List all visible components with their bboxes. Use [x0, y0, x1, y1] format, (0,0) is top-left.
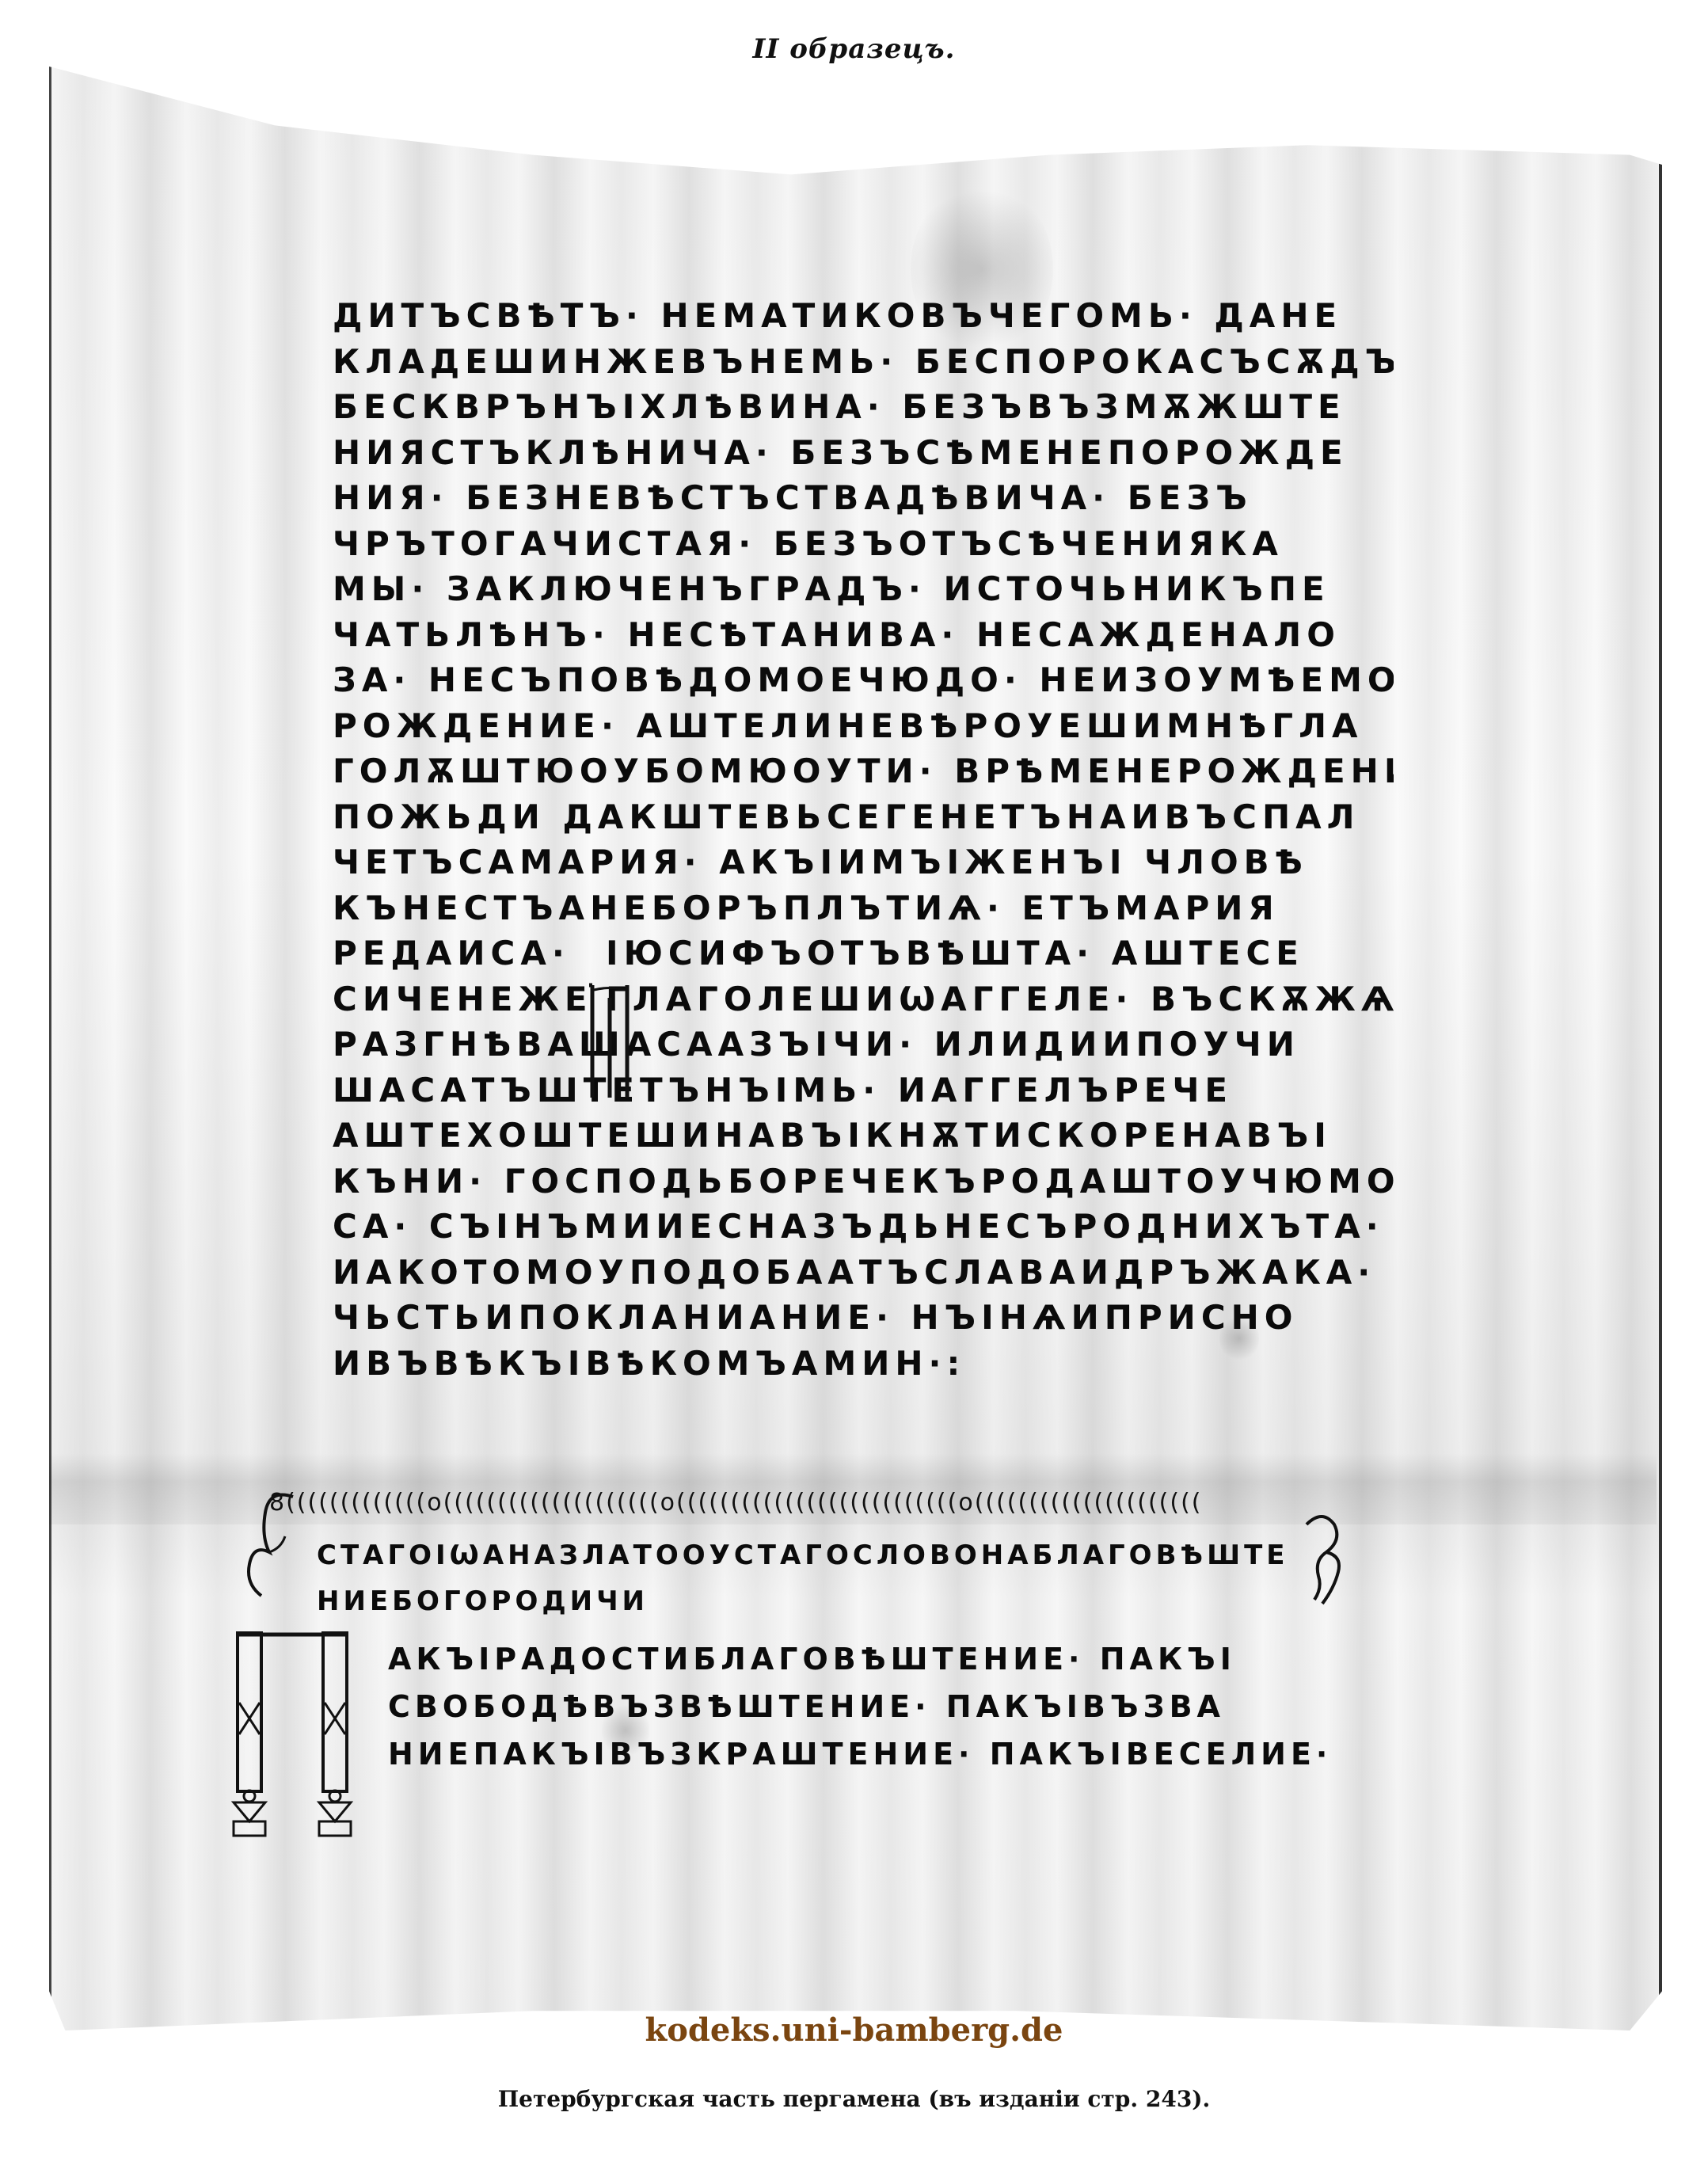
flourish-left-icon	[245, 1489, 309, 1600]
manuscript-line: КЪНИ· ГОСПОДЬБОРЕЧЕКЪРОДАШТОУЧЮМОУ	[333, 1159, 1394, 1205]
manuscript-line: МЫ· ЗАКЛЮЧЕНЪГРАДЪ· ИСТОЧЬНИКЪПЕ	[333, 566, 1394, 612]
manuscript-line: ЧАТЬЛѢНЪ· НЕСѢТАНИВА· НЕСАЖДЕНАЛО	[333, 612, 1394, 658]
manuscript-line: ШАСАТЪШТЕТЪНЪІМЬ· ИАГГЕЛЪРЕЧЕ	[333, 1068, 1394, 1113]
section-body-line: АКЪІРАДОСТИБЛАГОВѢШТЕНИЕ· ПАКЪІ	[388, 1635, 1417, 1683]
manuscript-line: АШТЕХОШТЕШИНАВЪІКНѪТИСКОРЕНАВЪІ	[333, 1113, 1394, 1159]
page-caption: Петербургская часть пергамена (въ издані…	[0, 2086, 1708, 2112]
section-heading-line: СТАГОІѠАНАЗЛАТООУСТАГОСЛОВОНАБЛАГОВѢШТЕ	[317, 1532, 1346, 1578]
manuscript-line: КЪНЕСТЪАНЕБОРЪПЛЪТИѦ· ЕТЪМАРИЯ	[333, 885, 1394, 931]
manuscript-line: РЕДАИСА· ІЮСИФЪОТЪВѢШТА· АШТЕСЕ	[333, 931, 1394, 976]
manuscript-line: БЕСКВРЪНЪІХЛѢВИНА· БЕЗЪВЪЗМѪЖШТЕ	[333, 384, 1394, 430]
manuscript-line-start: СИЧЕНЕЖЕ	[333, 980, 593, 1018]
manuscript-line: НИЯСТЪКЛѢНИЧА· БЕЗЪСѢМЕНЕПОРОЖДЕ	[333, 430, 1394, 476]
manuscript-line: ПОЖЬДИ ДАКШТЕВЬСЕГЕНЕТЪНАИВЪСПАЛ	[333, 794, 1394, 840]
manuscript-line: ЧЬСТЬИПОКЛАНИАНИЕ· НЪІНѦИПРИСНО	[333, 1295, 1394, 1341]
manuscript-line: ИВЪВѢКЪІВѢКОМЪАМИН·:	[333, 1341, 1394, 1387]
pillar-initial-p-icon	[230, 1631, 388, 1837]
manuscript-line: ГОЛѪШТЮОУБОМЮОУТИ· ВРѢМЕНЕРОЖДЕНИЮ	[333, 748, 1394, 794]
section-heading: СТАГОІѠАНАЗЛАТООУСТАГОСЛОВОНАБЛАГОВѢШТЕ …	[317, 1532, 1346, 1624]
manuscript-line: РАЗГНѢВАШАСААЗЪІЧИ· ИЛИДИИПОУЧИ	[333, 1022, 1394, 1068]
manuscript-line-start: РЕДАИСА·	[333, 934, 570, 972]
manuscript-line: ЗА· НЕСЪПОВѢДОМОЕЧЮДО· НЕИЗОУМѢЕМО	[333, 657, 1394, 703]
ornament-band: 8(((((((((((((o((((((((((((((((((((o((((…	[269, 1489, 1330, 1520]
watermark-link[interactable]: kodeks.uni-bamberg.de	[0, 2011, 1708, 2049]
manuscript-line: ИАКОТОМОУПОДОБААТЪСЛАВАИДРЪЖАКА·	[333, 1250, 1394, 1296]
manuscript-line: НИЯ· БЕЗНЕВѢСТЪСТВАДѢВИЧА· БЕЗЪ	[333, 475, 1394, 521]
manuscript-line: ДИТЪСВѢТЪ· НЕМАТИКОВЪЧЕГОМЬ· ДАНЕ	[333, 293, 1394, 339]
section-body-line: СВОБОДѢВЪЗВѢШТЕНИЕ· ПАКЪІВЪЗВА	[388, 1683, 1417, 1730]
section-body-line: НИЕПАКЪІВЪЗКРАШТЕНИЕ· ПАКЪІВЕСЕЛИЕ·	[388, 1730, 1417, 1778]
manuscript-line-continuation: ІЮСИФЪОТЪВѢШТА· АШТЕСЕ	[606, 931, 1304, 976]
manuscript-line: ЧРЪТОГАЧИСТАЯ· БЕЗЪОТЪСѢЧЕНИЯКА	[333, 521, 1394, 567]
manuscript-line: СА· СЪІНЪМИИЕСНАЗЪДЬНЕСЪРОДНИХЪТА·	[333, 1204, 1394, 1250]
page-header-title: II образецъ.	[0, 33, 1708, 65]
section-body: АКЪІРАДОСТИБЛАГОВѢШТЕНИЕ· ПАКЪІ СВОБОДѢВ…	[388, 1635, 1417, 1778]
manuscript-line: СИЧЕНЕЖЕ ГЛАГОЛЕШИѠАГГЕЛЕ· ВЪСКѪЖѦ	[333, 976, 1394, 1022]
manuscript-line-continuation: ГЛАГОЛЕШИѠАГГЕЛЕ· ВЪСКѪЖѦ	[606, 976, 1394, 1022]
manuscript-text: ДИТЪСВѢТЪ· НЕМАТИКОВЪЧЕГОМЬ· ДАНЕ КЛАДЕШ…	[333, 293, 1394, 1386]
section-heading-line: НИЕБОГОРОДИЧИ	[317, 1578, 1346, 1624]
manuscript-line: КЛАДЕШИНЖЕВЪНЕМЬ· БЕСПОРОКАСЪСѪДЪ·	[333, 339, 1394, 385]
initial-letter-n-icon	[586, 982, 633, 1101]
manuscript-line: ЧЕТЪСАМАРИЯ· АКЪІИМЪІЖЕНЪІ ЧЛОВѢ	[333, 839, 1394, 885]
manuscript-line: РОЖДЕНИЕ· АШТЕЛИНЕВѢРОУЕШИМНѢГЛА	[333, 703, 1394, 749]
